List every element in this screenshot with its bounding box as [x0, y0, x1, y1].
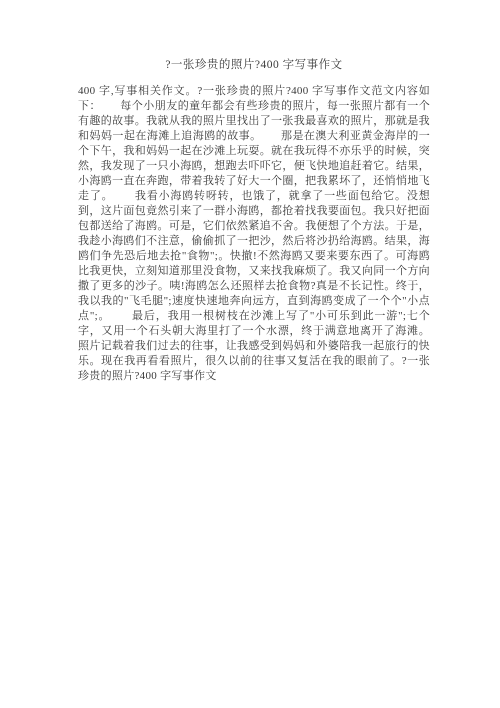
essay-body: 400 字,写事相关作文。?一张珍贵的照片?400 字写事作文范文内容如下： 每… [78, 84, 430, 384]
document-page: ?一张珍贵的照片?400 字写事作文 400 字,写事相关作文。?一张珍贵的照片… [0, 0, 500, 708]
essay-title: ?一张珍贵的照片?400 字写事作文 [78, 58, 430, 73]
